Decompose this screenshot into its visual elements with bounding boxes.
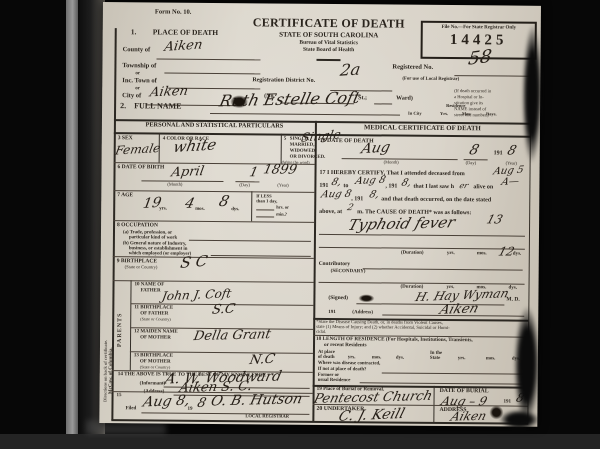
local-registrar-caption: LOCAL REGISTRAR <box>245 414 289 419</box>
local-registrar-signature-handwriting: O. B. Hutson <box>210 392 304 408</box>
informant-caption: (Informant) <box>140 381 166 386</box>
occupation-line-a2: particular kind of work <box>129 235 177 240</box>
undertaker-address-handwriting: Aiken <box>449 410 488 423</box>
cell-divider <box>251 191 252 221</box>
mother-maiden-handwriting: Della Grant <box>193 328 272 343</box>
rule-line <box>164 73 260 75</box>
mother-birthplace-note: (State or Country) <box>140 365 171 370</box>
rule-line <box>256 216 274 217</box>
full-name-number: 2. <box>120 102 126 110</box>
year-handwriting: 8, <box>330 178 343 188</box>
age-months-handwriting: 4 <box>183 197 196 211</box>
ink-smudge <box>358 294 374 302</box>
birth-year-handwriting: 1899 <box>262 163 298 176</box>
death-year-handwriting: 8 <box>506 145 518 158</box>
year-handwriting: 8, <box>368 190 381 200</box>
signed-caption: (Signed) <box>328 296 348 302</box>
margin-edge-note: Directions on back of certificate. <box>103 340 109 402</box>
registration-district-label: Registration District No. <box>252 77 315 84</box>
torn-corner-shadow <box>499 409 539 429</box>
certify-text: that I last saw h <box>413 184 454 191</box>
undertaker-signature-handwriting: C. J. Keill <box>337 407 406 424</box>
if-less-note: min.? <box>276 213 287 218</box>
birthplace-value-handwriting: S C <box>179 254 209 271</box>
cause-of-death-handwriting: Typhoid fever <box>346 215 457 233</box>
parents-strip-divider <box>130 280 132 370</box>
title-rule <box>316 59 340 61</box>
residence-city-label: In City <box>408 112 422 117</box>
mother-birthplace-label: 13 BIRTHPLACE <box>134 353 173 359</box>
physician-signature-handwriting: H. Hay Wyman <box>414 287 510 303</box>
rule-line <box>374 103 392 104</box>
age-label: 7 AGE <box>117 193 133 199</box>
mother-birthplace-handwriting: N.C <box>248 353 275 367</box>
date-of-birth-label: 6 DATE OF BIRTH <box>118 165 165 171</box>
father-name-label2: FATHER <box>140 288 160 293</box>
column-divider <box>312 121 317 422</box>
address-caption: (Address) <box>352 310 373 315</box>
mos-caption: mos. <box>477 251 487 256</box>
at-place-label2: of death <box>318 355 335 360</box>
residence-label: Residence <box>446 104 465 109</box>
birth-day-handwriting: 1 <box>248 166 259 179</box>
father-birthplace-note: (State or Country) <box>140 317 171 322</box>
filed-year-prefix: 19 <box>187 407 192 412</box>
mother-maiden-label: 12 MAIDEN NAME <box>134 329 178 335</box>
book-page-edge <box>66 0 78 449</box>
signed-year-prefix: 191 <box>328 310 336 315</box>
scan-bottom-band <box>0 434 600 449</box>
township-label: Township of <box>122 63 156 70</box>
dys-caption: dys. <box>396 356 404 361</box>
scanned-photo-background: Directions on back of certificate. McCaw… <box>0 0 600 449</box>
rule-line <box>256 209 274 210</box>
form-left-border <box>111 28 116 420</box>
certify-text: above, at <box>319 209 342 215</box>
rule-line <box>157 58 261 60</box>
month-caption: (Month) <box>384 160 399 165</box>
pronoun-handwriting: er <box>458 182 469 190</box>
yrs-caption: yrs. <box>458 356 466 361</box>
mos-caption: mos. <box>486 356 496 361</box>
rule-line <box>210 113 400 116</box>
certify-text: and that death occurred, on the date sta… <box>381 196 491 203</box>
ward-label: Ward) <box>396 96 413 102</box>
footnote-line: state (1) Means of Injury; and (2) wheth… <box>316 325 449 331</box>
secondary-caption: (SECONDARY) <box>331 269 366 275</box>
last-saw-date-handwriting: Aug 8 <box>320 190 352 201</box>
month-caption: (Month) <box>167 183 182 188</box>
yrs-caption: yrs. <box>159 206 167 211</box>
death-day-handwriting: 8 <box>468 143 481 157</box>
race-value-handwriting: white <box>172 138 218 156</box>
age-days-handwriting: 8 <box>217 194 230 209</box>
registered-no-value-handwriting: 58 <box>467 48 493 69</box>
torn-edge-shadow <box>513 306 540 424</box>
rule-line <box>382 372 524 374</box>
father-birthplace-label: 11 BIRTHPLACE <box>134 305 173 311</box>
dys-caption: dys. <box>231 207 239 212</box>
rule-line <box>319 234 525 237</box>
ink-smudge <box>230 95 248 108</box>
place-of-death-number: 1. <box>131 28 137 36</box>
local-registrar-note: (For use of Local Registrar) <box>402 77 459 83</box>
parents-group-label: PARENTS <box>117 313 123 348</box>
mos-caption: mos. <box>372 355 382 360</box>
year-handwriting: 8, <box>400 179 413 189</box>
death-year-prefix: 191 <box>494 150 503 156</box>
birth-month-handwriting: April <box>170 165 205 179</box>
registered-no-label: Registered No. <box>392 65 433 72</box>
yrs-caption: yrs. <box>348 355 356 360</box>
filed-label: Filed <box>125 406 136 411</box>
in-state-label2: State <box>430 356 440 361</box>
day-caption: (Day) <box>466 161 477 166</box>
birthplace-note: (State or Country) <box>125 265 158 270</box>
death-certificate-page: Directions on back of certificate. McCaw… <box>99 2 541 427</box>
rule-line <box>360 382 524 384</box>
city-label: City of <box>122 93 141 100</box>
if-less-note: than 1 day, <box>256 199 277 204</box>
certify-text: , 191 <box>385 183 397 189</box>
filed-date-handwriting: Aug 8, <box>142 394 191 410</box>
death-month-handwriting: Aug <box>360 141 392 157</box>
marital-option: WIDOWED, <box>290 149 317 154</box>
inc-town-label: Inc. Town of <box>122 78 157 85</box>
certificate-title: CERTIFICATE OF DEATH <box>243 16 415 30</box>
father-birthplace-handwriting: S.C <box>211 302 236 316</box>
cause-code-handwriting: 13 <box>485 213 504 225</box>
hour-handwriting: 2 <box>346 204 354 213</box>
length-of-residence-label2: or recent Residents <box>324 343 366 349</box>
burial-year-prefix: 191 <box>504 400 512 405</box>
rule-line <box>319 247 525 250</box>
last-saw-date-handwriting: A— <box>500 177 520 188</box>
county-value-handwriting: Aiken <box>163 39 203 54</box>
place-of-death-heading: PLACE OF DEATH <box>153 28 218 36</box>
marital-number: 5 <box>284 137 287 142</box>
personal-particulars-header: PERSONAL AND STATISTICAL PARTICULARS <box>114 122 315 130</box>
registration-district-value-handwriting: 2a <box>339 62 361 79</box>
certify-text: alive on <box>473 184 493 190</box>
certify-text: , 191 <box>351 196 363 202</box>
md-caption: M. D. <box>506 298 519 304</box>
rule-line <box>363 268 523 270</box>
year-caption: (Year) <box>277 184 288 189</box>
state-subtitle: STATE OF SOUTH CAROLINA <box>243 31 415 40</box>
form-number: Form No. 10. <box>155 9 192 16</box>
rule-line <box>189 240 311 242</box>
day-caption: (Day) <box>239 183 250 188</box>
father-name-label: 10 NAME OF <box>135 282 165 288</box>
former-residence-label2: usual Residence <box>318 378 351 383</box>
mos-caption: mos. <box>195 207 205 212</box>
if-not-label: If not at place of death? <box>318 367 367 372</box>
sex-label: 3 SEX <box>118 136 133 142</box>
attended-to-handwriting: Aug 8 <box>354 176 386 187</box>
rule-line <box>454 75 530 77</box>
mother-maiden-label2: OF MOTHER <box>140 335 171 341</box>
where-contracted-label: Where was disease contracted, <box>318 361 381 367</box>
father-name-handwriting: John J. Coft <box>161 287 232 302</box>
duration-caption: (Duration) <box>401 251 424 256</box>
yrs-caption: yrs. <box>447 251 455 256</box>
file-number-label: File No.—For State Registrar Only <box>423 25 535 31</box>
residence-yrs-label: Yrs. <box>440 112 448 117</box>
board-subtitle: State Board of Health <box>243 47 415 54</box>
torn-edge-shadow <box>522 24 543 164</box>
row-border <box>113 190 314 193</box>
dys-caption: dys. <box>513 252 522 257</box>
medical-certificate-header: MEDICAL CERTIFICATE OF DEATH <box>315 124 530 133</box>
county-label: County of <box>123 47 151 54</box>
residence-days-label: Days. <box>486 112 497 117</box>
sex-value-handwriting: Female <box>114 142 161 157</box>
filed-row-number: 15 <box>117 393 122 398</box>
city-value-handwriting: Aiken <box>149 85 189 100</box>
occupation-label: 8 OCCUPATION <box>117 223 158 229</box>
contributory-label: Contributory <box>319 262 351 268</box>
rule-line <box>342 158 458 160</box>
filed-year-handwriting: 8 <box>196 397 208 410</box>
rule-line <box>356 303 504 305</box>
residence-mos-label: Mos. <box>462 112 471 117</box>
or-label: or <box>135 86 140 91</box>
full-name-label: FULL NAME <box>134 102 181 111</box>
or-label: or <box>135 71 140 76</box>
if-less-note: hrs. or <box>276 206 289 211</box>
